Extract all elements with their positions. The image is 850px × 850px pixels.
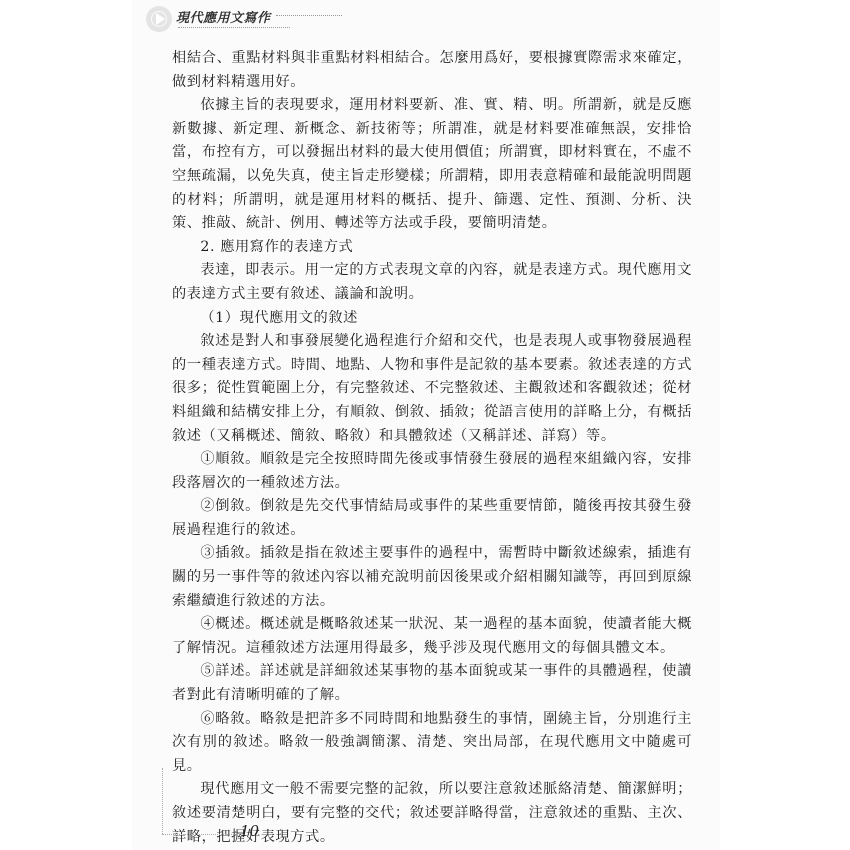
page-number: 10 xyxy=(240,822,259,840)
paragraph: 依據主旨的表現要求，運用材料要新、准、實、精、明。所謂新，就是反應新數據、新定理… xyxy=(172,94,692,236)
subsection-heading: （1）現代應用文的敘述 xyxy=(172,307,692,331)
section-heading: 2. 應用寫作的表達方式 xyxy=(172,236,692,260)
page-body: 相結合、重點材料與非重點材料相結合。怎麼用爲好，要根據實際需求來確定，做到材料精… xyxy=(172,47,692,849)
list-item: ⑥略敘。略敘是把許多不同時間和地點發生的事情，圍繞主旨，分別進行主次有別的敘述。… xyxy=(172,708,692,779)
footer-dotted-vertical xyxy=(162,768,163,834)
footer-dotted-horizontal xyxy=(162,834,240,835)
list-item: ④概述。概述就是概略敘述某一狀況、某一過程的基本面貌，使讀者能大概了解情況。這種… xyxy=(172,613,692,660)
running-header: 現代應用文寫作 xyxy=(146,4,446,34)
paragraph: 表達，即表示。用一定的方式表現文章的內容，就是表達方式。現代應用文的表達方式主要… xyxy=(172,259,692,306)
paragraph: 相結合、重點材料與非重點材料相結合。怎麼用爲好，要根據實際需求來確定，做到材料精… xyxy=(172,47,692,94)
list-item: ⑤詳述。詳述就是詳細敘述某事物的基本面貌或某一事件的具體過程，使讀者對此有清晰明… xyxy=(172,660,692,707)
list-item: ②倒敘。倒敘是先交代事情結局或事件的某些重要情節，隨後再按其發生發展過程進行的敘… xyxy=(172,495,692,542)
list-item: ①順敘。順敘是完全按照時間先後或事情發生發展的過程來組織內容，安排段落層次的一種… xyxy=(172,448,692,495)
header-dotted-rule xyxy=(276,15,342,16)
book-title: 現代應用文寫作 xyxy=(176,7,271,26)
paragraph: 敘述是對人和事發展變化過程進行介紹和交代，也是表現人或事物發展過程的一種表達方式… xyxy=(172,330,692,448)
list-item: ③插敘。插敘是指在敘述主要事件的過程中，需暫時中斷敘述線索，插進有關的另一事件等… xyxy=(172,542,692,613)
header-dotted-underline xyxy=(178,27,290,28)
play-circle-icon xyxy=(146,6,172,32)
